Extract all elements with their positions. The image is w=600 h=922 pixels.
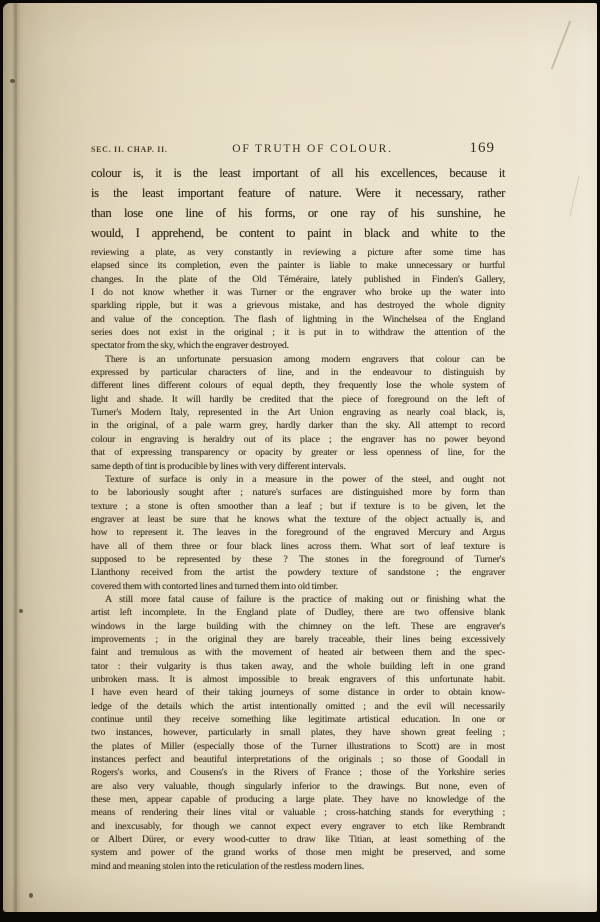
text-line: continue until they receive something li… [91,713,505,726]
text-line: are also very valuable, though singularl… [91,780,505,793]
text-line: colour in engraving is heraldry out of i… [91,433,505,446]
running-title: OF TRUTH OF COLOUR. [232,143,393,155]
text-line: is the least important feature of nature… [91,183,505,203]
main-paragraph: colour is, it is the least important of … [91,163,505,243]
ink-speck [19,609,23,613]
text-line: to be laboriously sought after ; nature'… [91,486,505,499]
text-line: I do not know whether it was Turner or t… [91,286,505,299]
text-line: sparkling ripple, but it was a grievous … [91,299,505,312]
text-line: or Albert Dürer, or every wood-cutter to… [91,833,505,846]
text-line: than lose one line of his forms, or one … [91,203,505,223]
ink-speck [29,893,33,898]
paper-scratch [569,175,579,216]
book-page: SEC. II. CHAP. II. OF TRUTH OF COLOUR. 1… [3,3,597,912]
text-line: same depth of tint is producible by line… [91,460,505,473]
text-line: artist left incomplete. In the England p… [91,606,505,619]
text-line: system and power of the grand works of t… [91,846,505,859]
text-line: Turner's Modern Italy, represented in th… [91,406,505,419]
text-line: these men, appear capable of producing a… [91,793,505,806]
scan-border: SEC. II. CHAP. II. OF TRUTH OF COLOUR. 1… [0,0,600,922]
paper-scratch [551,20,572,69]
ink-speck [10,79,15,83]
text-line: A still more fatal cause of failure is t… [91,593,505,606]
text-line: in the original, of a pale warm grey, ha… [91,419,505,432]
text-line: expressed by particular characters of li… [91,366,505,379]
text-line: Llanthony received from the artist the p… [91,566,505,579]
text-line: elapsed since its completion, even the p… [91,259,505,272]
text-line: supposed to be represented by these ? Th… [91,553,505,566]
text-line: texture ; a stone is often smoother than… [91,500,505,513]
text-line: I have even heard of their taking journe… [91,686,505,699]
text-line: two instances, however, particularly in … [91,726,505,739]
text-line: reviewing a plate, as very constantly in… [91,246,505,259]
text-line: changes. In the plate of the Old Témérai… [91,273,505,286]
text-line: improvements ; in the original they are … [91,633,505,646]
text-line: Texture of surface is only in a measure … [91,473,505,486]
text-line: colour is, it is the least important of … [91,163,505,183]
text-line: different lines different colours of equ… [91,379,505,392]
text-line: instances perfect and beautiful interpre… [91,753,505,766]
text-line: spectator from the sky, which the engrav… [91,339,505,352]
text-line: means of rendering their lines vital or … [91,806,505,819]
gutter-crease [12,3,21,912]
text-line: series does not exist in the original ; … [91,326,505,339]
text-line: how to represent it. The leaves in the f… [91,526,505,539]
text-line: light and shade. It will hardly be credi… [91,393,505,406]
footnote-block: reviewing a plate, as very constantly in… [91,246,505,873]
running-header: SEC. II. CHAP. II. OF TRUTH OF COLOUR. 1… [91,140,505,158]
text-line: ledge of the details which the artist in… [91,700,505,713]
text-line: the plates of Miller (especially those o… [91,740,505,753]
page-number: 169 [470,140,496,157]
text-line: windows in the large building with the c… [91,620,505,633]
text-line: Rogers's works, and Cousens's in the Riv… [91,766,505,779]
text-line: engraver at least be sure that he knows … [91,513,505,526]
text-line: covered them with contorted lines and tu… [91,580,505,593]
text-line: mind and meaning stolen into the reticul… [91,860,505,873]
section-chapter-label: SEC. II. CHAP. II. [91,145,168,154]
text-line: There is an unfortunate persuasion among… [91,353,505,366]
text-line: faint and tremulous as with the movement… [91,646,505,659]
text-line: unbroken mass. It is almost impossible t… [91,673,505,686]
text-line: that of expressing transparency or opaci… [91,446,505,459]
text-line: and value of the conception. The flash o… [91,313,505,326]
text-line: and inexcusably, for though we cannot ex… [91,820,505,833]
text-line: tator : their vulgarity is thus taken aw… [91,660,505,673]
text-line: have all of them three or four black lin… [91,540,505,553]
text-line: would, I apprehend, be content to paint … [91,223,505,243]
